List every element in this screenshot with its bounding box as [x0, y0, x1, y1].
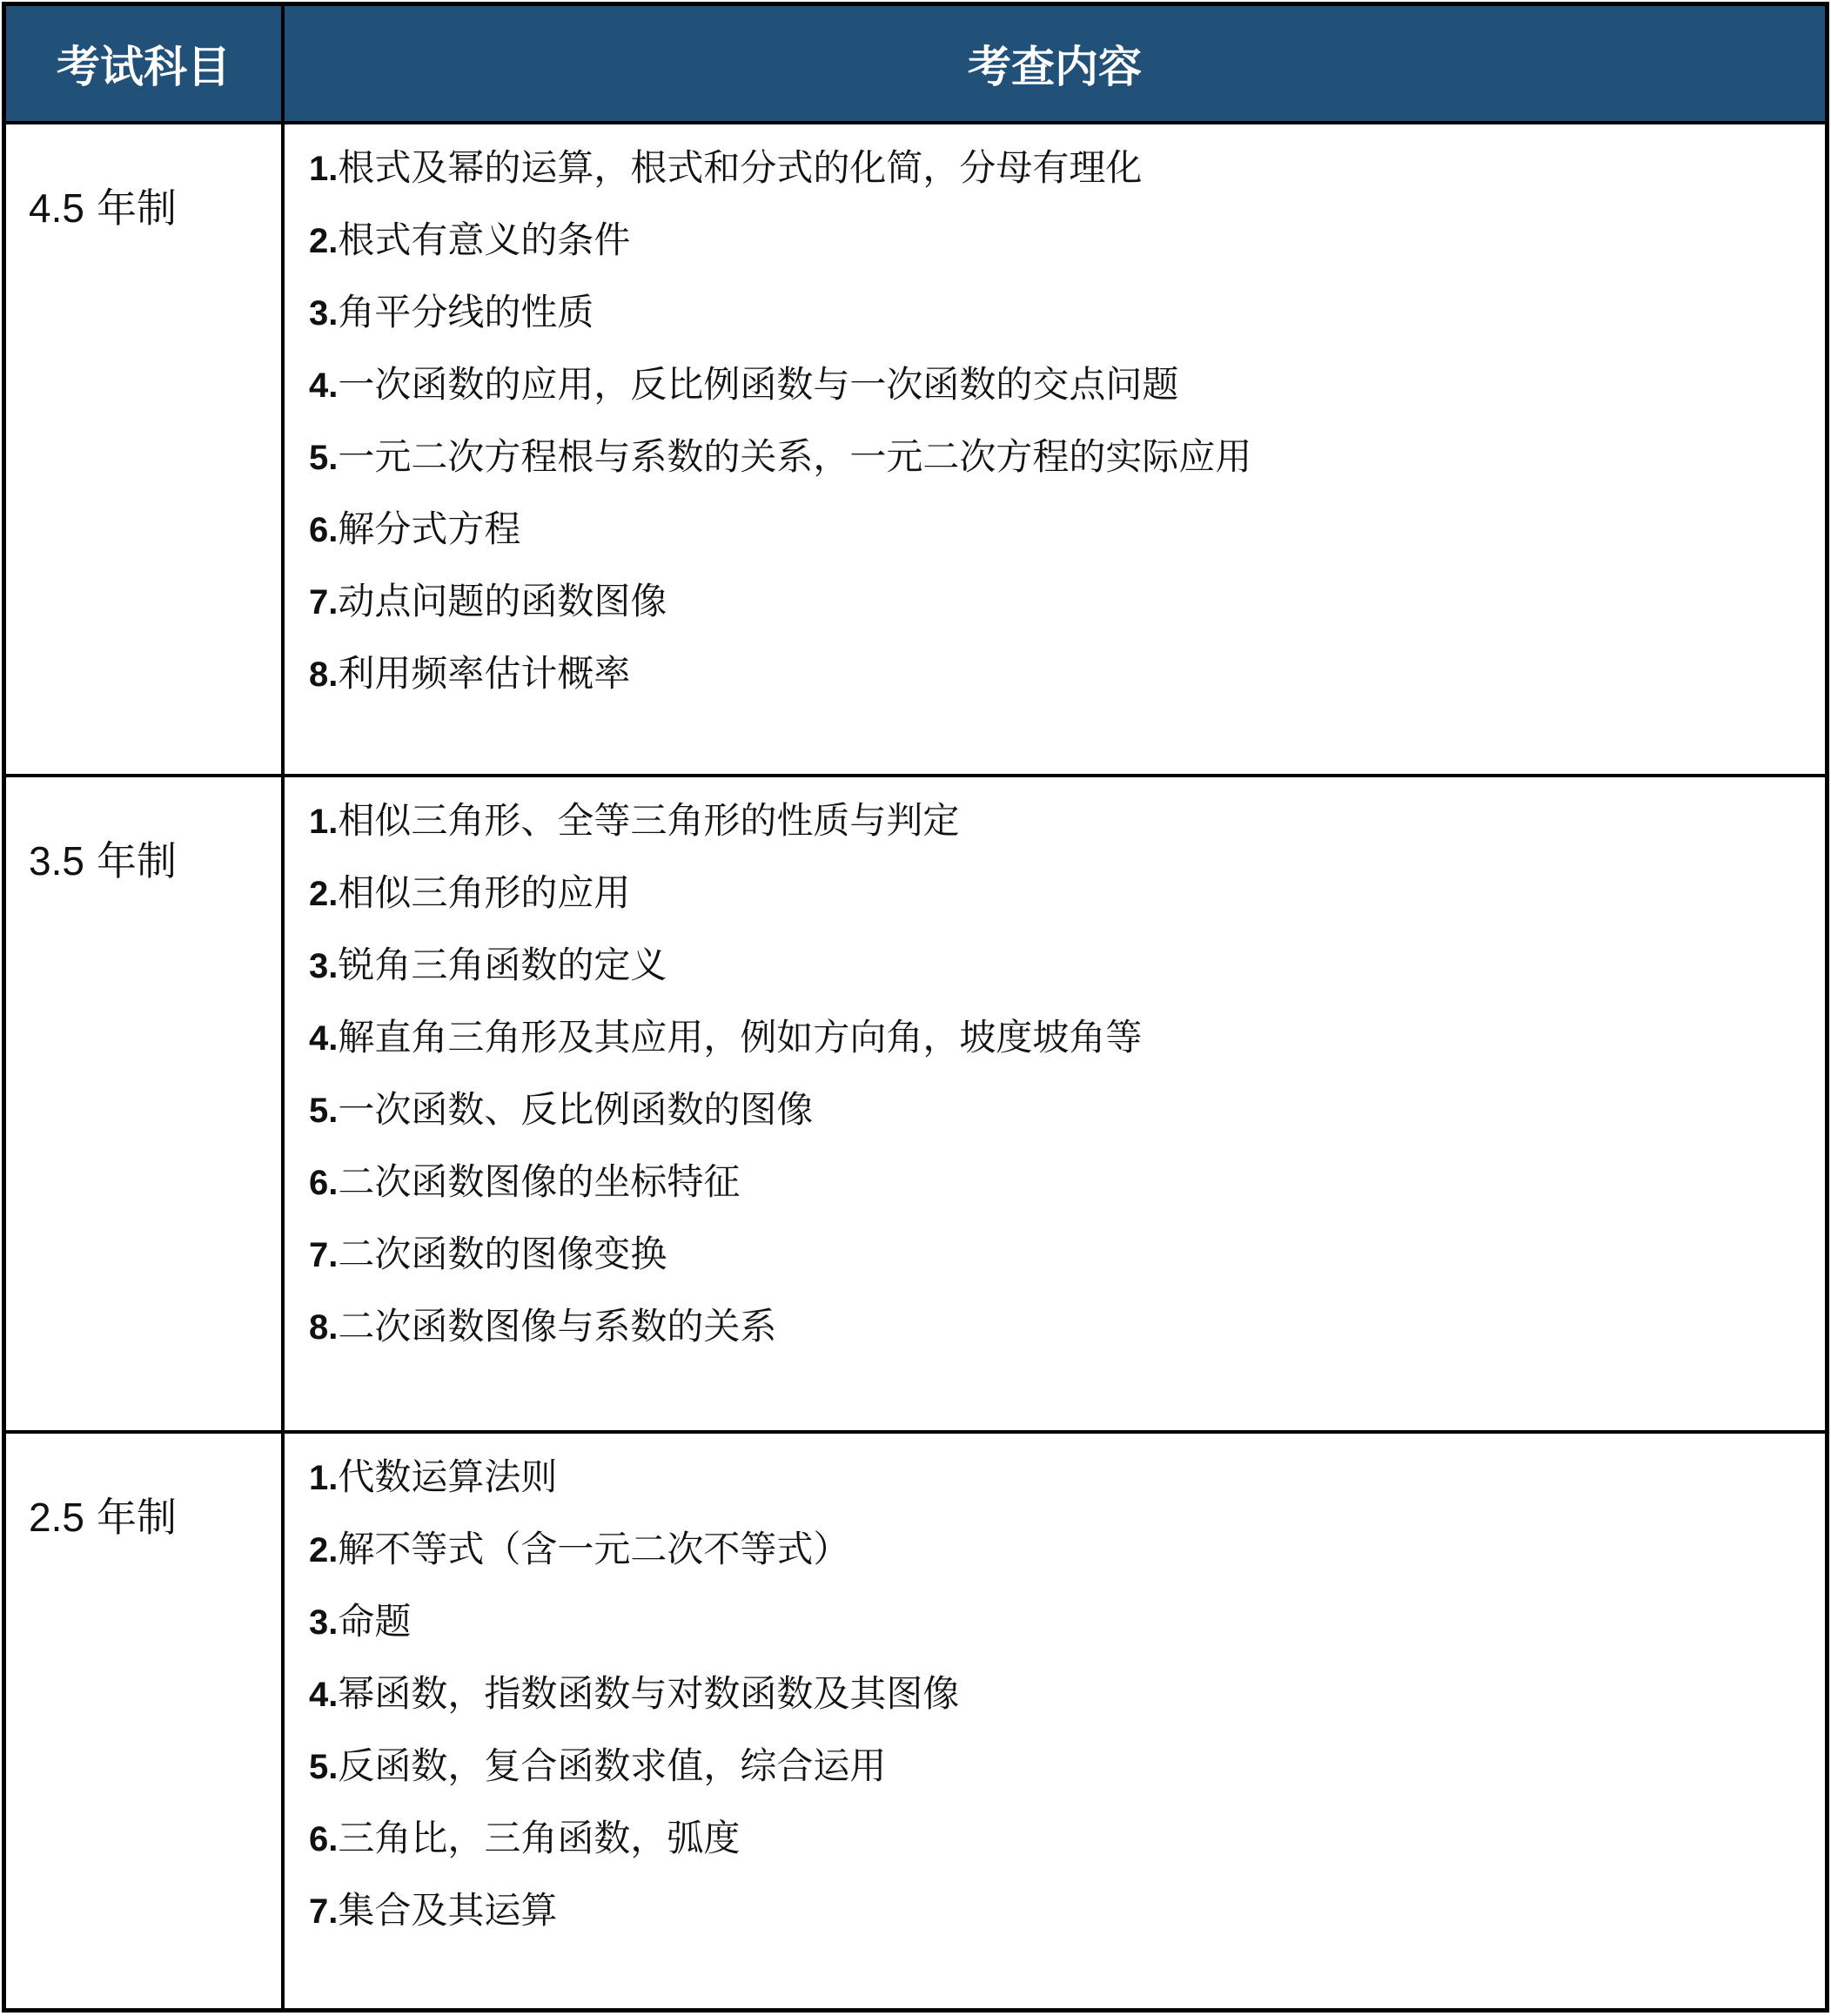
- content-item: 3.命题: [309, 1587, 1804, 1659]
- content-item: 7.动点问题的函数图像: [309, 567, 1804, 639]
- subject-label: 4.5年制: [29, 186, 177, 231]
- content-item: 5.一元二次方程根与系数的关系，一元二次方程的实际应用: [309, 422, 1804, 494]
- table-row-2-5: 2.5年制 1.代数运算法则 2.解不等式（含一元二次不等式） 3.命题 4.幂…: [6, 1434, 1825, 2008]
- content-item: 7.二次函数的图像变换: [309, 1220, 1804, 1292]
- content-item: 1.代数运算法则: [309, 1442, 1804, 1515]
- content-cell: 1.相似三角形、全等三角形的性质与判定 2.相似三角形的应用 3.锐角三角函数的…: [285, 777, 1825, 1430]
- subject-cell: 4.5年制: [6, 124, 285, 774]
- content-item: 3.锐角三角函数的定义: [309, 931, 1804, 1003]
- content-item: 8.二次函数图像与系数的关系: [309, 1292, 1804, 1364]
- content-item: 6.解分式方程: [309, 494, 1804, 567]
- content-item: 5.反函数，复合函数求值，综合运用: [309, 1731, 1804, 1804]
- table-header-row: 考试科目 考查内容: [6, 6, 1825, 124]
- header-cell-content: 考查内容: [285, 6, 1825, 121]
- table-row-3-5: 3.5年制 1.相似三角形、全等三角形的性质与判定 2.相似三角形的应用 3.锐…: [6, 777, 1825, 1434]
- subject-label: 3.5年制: [29, 839, 177, 884]
- content-item: 6.二次函数图像的坐标特征: [309, 1147, 1804, 1220]
- content-item: 4.一次函数的应用，反比例函数与一次函数的交点问题: [309, 350, 1804, 422]
- content-item: 6.三角比，三角函数，弧度: [309, 1804, 1804, 1876]
- content-cell: 1.根式及幂的运算，根式和分式的化简，分母有理化 2.根式有意义的条件 3.角平…: [285, 124, 1825, 774]
- exam-content-table: 考试科目 考查内容 4.5年制 1.根式及幂的运算，根式和分式的化简，分母有理化…: [2, 2, 1829, 2013]
- content-item: 1.根式及幂的运算，根式和分式的化简，分母有理化: [309, 133, 1804, 205]
- content-item: 5.一次函数、反比例函数的图像: [309, 1075, 1804, 1147]
- content-cell: 1.代数运算法则 2.解不等式（含一元二次不等式） 3.命题 4.幂函数，指数函…: [285, 1434, 1825, 2008]
- subject-label: 2.5年制: [29, 1495, 177, 1540]
- subject-cell: 2.5年制: [6, 1434, 285, 2008]
- content-item: 2.相似三角形的应用: [309, 858, 1804, 931]
- content-item: 2.解不等式（含一元二次不等式）: [309, 1515, 1804, 1587]
- header-cell-subject: 考试科目: [6, 6, 285, 121]
- content-item: 4.幂函数，指数函数与对数函数及其图像: [309, 1659, 1804, 1731]
- content-item: 2.根式有意义的条件: [309, 205, 1804, 278]
- content-item: 7.集合及其运算: [309, 1876, 1804, 1948]
- content-item: 4.解直角三角形及其应用，例如方向角，坡度坡角等: [309, 1003, 1804, 1075]
- table-row-4-5: 4.5年制 1.根式及幂的运算，根式和分式的化简，分母有理化 2.根式有意义的条…: [6, 124, 1825, 777]
- content-item: 8.利用频率估计概率: [309, 639, 1804, 711]
- page: { "colors": { "header_bg": "#215079", "h…: [0, 0, 1831, 2016]
- content-item: 3.角平分线的性质: [309, 278, 1804, 350]
- content-item: 1.相似三角形、全等三角形的性质与判定: [309, 786, 1804, 858]
- subject-cell: 3.5年制: [6, 777, 285, 1430]
